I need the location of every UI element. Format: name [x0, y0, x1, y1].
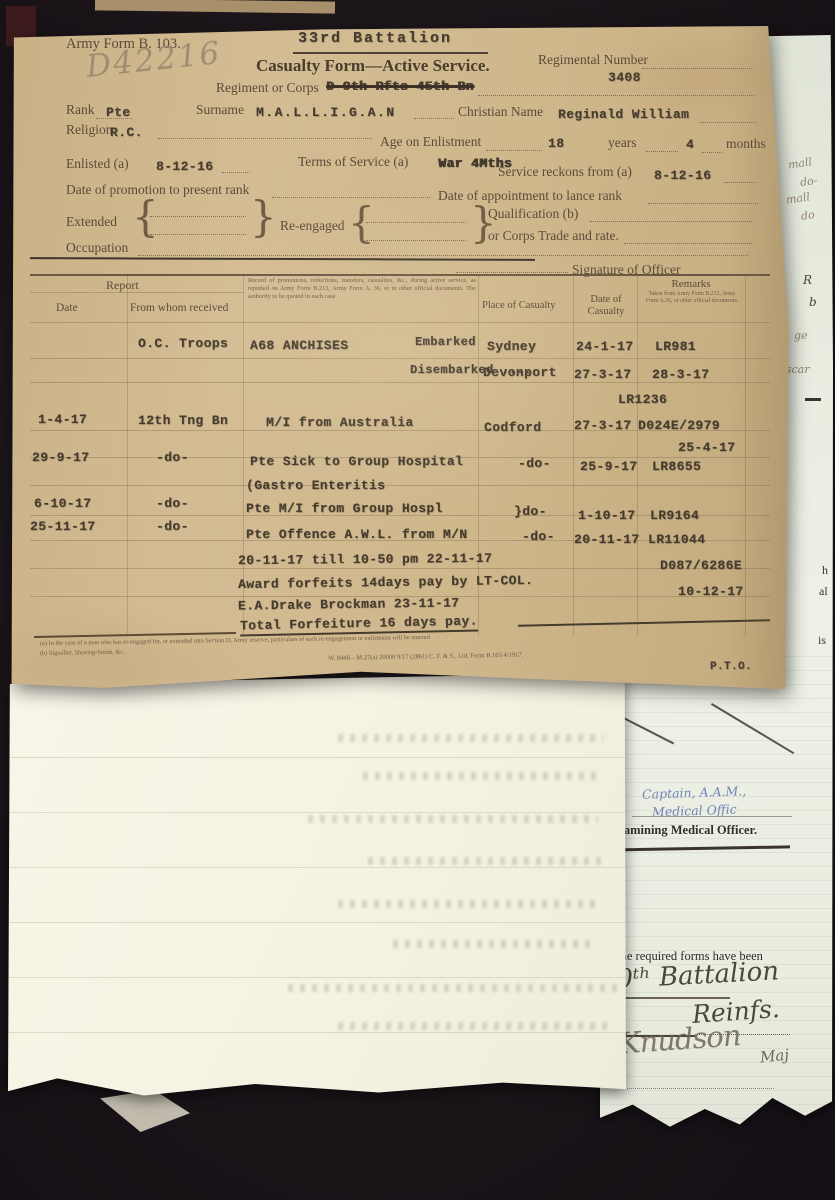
faint-rule — [8, 757, 626, 758]
entry-remark: LR9164 — [650, 508, 699, 523]
edge-fragment: al — [819, 584, 828, 599]
regimental-number-value: 3408 — [608, 70, 641, 85]
pto-label: P.T.O. — [710, 661, 752, 673]
edge-dash-mark — [805, 398, 821, 401]
entry-remark2: 25-4-17 — [678, 440, 735, 455]
leader — [590, 219, 752, 222]
bottom-torn-scrap — [100, 1090, 190, 1132]
regiment-value: D-9th-Rfts-45th-Bn — [326, 79, 474, 94]
edge-fragment: R — [803, 273, 812, 287]
column-line — [637, 274, 638, 636]
entry-place: }do- — [514, 504, 547, 519]
voyage-disembark-ref: 28-3-17 — [652, 367, 709, 382]
christian-name-label: Christian Name — [458, 104, 543, 120]
margin-note: do- — [799, 174, 818, 189]
edge-fragment: is — [818, 633, 826, 648]
row-line — [30, 485, 770, 486]
leader — [700, 120, 756, 123]
faint-rule — [8, 867, 626, 868]
col-place-header: Place of Casualty — [482, 300, 555, 311]
entry-date: 29-9-17 — [32, 450, 89, 465]
report-header: Report — [106, 278, 139, 293]
leader — [150, 214, 246, 217]
blank-white-page — [8, 672, 626, 1102]
table-header-rule — [30, 322, 770, 323]
entry-remark: 10-12-17 — [678, 584, 744, 599]
leader — [724, 180, 756, 183]
ng-line — [624, 1087, 774, 1089]
heavy-divider — [30, 257, 535, 261]
table-top-rule — [30, 274, 770, 276]
reengaged-label: Re-engaged — [280, 218, 344, 234]
bleedthrough-text — [308, 815, 598, 823]
entry-record: Pte Offence A.W.L. from M/N — [246, 527, 467, 542]
bleedthrough-text — [393, 940, 593, 948]
rank-label: Rank — [66, 102, 95, 118]
reckons-value: 8-12-16 — [654, 168, 711, 183]
bleedthrough-text — [363, 772, 603, 780]
age-label: Age on Enlistment — [380, 134, 481, 150]
enlisted-label: Enlisted (a) — [66, 156, 129, 172]
margin-note: do — [800, 208, 815, 223]
leader — [414, 116, 454, 119]
officer-signature-label: Signature of Officer — [572, 262, 680, 278]
leader — [478, 93, 754, 96]
age-years-value: 18 — [548, 136, 564, 151]
entry-remark: LR11044 — [648, 532, 705, 547]
col-remarks-subheader: Taken from Army Form B.213, Army Form A.… — [642, 291, 742, 304]
report-rule — [30, 292, 244, 293]
leader — [158, 136, 372, 139]
bleedthrough-text — [368, 857, 603, 865]
leader — [702, 150, 722, 153]
entry-casualty-date: 20-11-17 — [574, 532, 640, 547]
voyage-ship: A68 ANCHISES — [250, 338, 348, 353]
voyage-embark-place: Sydney — [487, 339, 536, 354]
entry-from: -do- — [156, 450, 189, 465]
rank-value: Pte — [106, 105, 131, 120]
entry-date: 6-10-17 — [34, 496, 91, 511]
voyage-disembark-date: 27-3-17 — [574, 367, 631, 382]
entry-record2: (Gastro Enteritis — [246, 478, 385, 493]
battalion-heading: 33rd Battalion — [298, 30, 452, 47]
leader — [366, 238, 466, 241]
months-label: months — [726, 136, 766, 152]
bleedthrough-text — [338, 1022, 608, 1030]
entry-record: Pte Sick to Group Hospital — [250, 454, 463, 469]
surname-label: Surname — [196, 102, 244, 118]
top-paper-sliver — [95, 0, 335, 14]
signature-suffix: Maj — [759, 1046, 790, 1067]
faint-rule — [8, 1032, 626, 1033]
entry-record: M/I from Australia — [266, 415, 414, 430]
battalion-underline — [293, 52, 488, 54]
leader — [150, 232, 246, 235]
row-line — [30, 568, 770, 569]
age-months-value: 4 — [686, 137, 694, 152]
entry-date: 1-4-17 — [38, 412, 87, 427]
regimental-number-label: Regimental Number — [538, 52, 648, 68]
entry-record: Pte M/I from Group Hospl — [246, 501, 443, 516]
voyage-disembark-place: Devonport — [483, 365, 557, 380]
brace-glyph: } — [250, 196, 277, 238]
entry-place: Codford — [484, 420, 541, 435]
total-forfeiture-line: Total Forfeiture 16 days pay. — [240, 614, 478, 637]
col-date-header: Date — [56, 302, 78, 314]
entry-place: -do- — [522, 529, 555, 544]
leader — [456, 270, 568, 273]
leader — [486, 148, 542, 151]
scan-stage: mall do- mall do R b ge scar h al is Tw … — [0, 0, 835, 1200]
entry-record: Award forfeits 14days pay by LT-COL. — [238, 573, 533, 592]
religion-label: Religion — [66, 122, 113, 138]
faint-rule — [8, 812, 626, 813]
occupation-label: Occupation — [66, 240, 128, 256]
terms-label: Terms of Service (a) — [298, 154, 408, 170]
leader — [366, 220, 466, 223]
leader — [222, 170, 250, 173]
row-line — [30, 358, 770, 359]
leader — [648, 201, 758, 204]
entry-from: 12th Tng Bn — [138, 413, 228, 428]
leader — [646, 149, 678, 152]
corps-trade-label: or Corps Trade and rate. — [488, 228, 619, 244]
entry-remark: D024E/2979 — [638, 418, 720, 433]
entry-remark2: D087/6286E — [660, 558, 742, 573]
page-ruling — [600, 643, 833, 1140]
row-line — [30, 382, 770, 383]
army-form-b103: Army Form B. 103. D42216 33rd Battalion … — [10, 24, 790, 696]
column-line — [127, 274, 128, 636]
footnote-b: (b) Signaller, Shoeing-Smith, &c. — [40, 649, 125, 657]
col-remarks-header: Remarks — [638, 278, 744, 291]
edge-fragment: ge — [794, 329, 808, 342]
entry-record2: E.A.Drake Brockman 23-11-17 — [238, 595, 460, 613]
entry-remark: LR8655 — [652, 459, 701, 474]
col-date-casualty-header: Date of Casualty — [578, 294, 634, 318]
column-line — [745, 274, 746, 636]
col-record-header: Record of promotions, reductions, transf… — [248, 277, 476, 302]
surname-value: M.A.L.L.I.G.A.N — [256, 105, 396, 120]
examining-officer-line: f Examining Medical Officer. — [602, 823, 757, 838]
voyage-extra-ref: LR1236 — [618, 392, 667, 407]
edge-fragment: scar — [786, 363, 810, 376]
total-tail-rule — [518, 619, 770, 626]
years-label: years — [608, 135, 636, 151]
edge-fragment: h — [822, 563, 828, 578]
extended-label: Extended — [66, 214, 117, 230]
voyage-embark-ref: LR981 — [655, 339, 696, 354]
religion-value: R.C. — [110, 125, 143, 140]
margin-note: mall — [787, 155, 813, 171]
signature-line — [632, 816, 792, 817]
bleedthrough-text — [338, 734, 603, 742]
entry-casualty-date: 25-9-17 — [580, 459, 637, 474]
entry-record2: 20-11-17 till 10-50 pm 22-11-17 — [238, 551, 492, 568]
voyage-embark-date: 24-1-17 — [576, 339, 633, 354]
column-line — [573, 274, 574, 636]
enlisted-value: 8-12-16 — [156, 159, 213, 174]
col-from-header: From whom received — [130, 302, 228, 314]
reckons-label: Service reckons from (a) — [498, 164, 632, 180]
faint-rule — [8, 977, 626, 978]
faint-rule — [8, 922, 626, 923]
voyage-from: O.C. Troops — [138, 336, 228, 351]
entry-casualty-date: 27-3-17 — [574, 418, 631, 433]
regiment-label: Regiment or Corps — [216, 80, 319, 96]
voyage-embarked-label: Embarked — [415, 335, 476, 349]
entry-casualty-date: 1-10-17 — [578, 508, 635, 523]
printer-imprint: W. 8448—M.27(a) 20000 9/17 (2861) C. F. … — [328, 652, 523, 662]
leader — [624, 241, 752, 244]
leader — [138, 253, 748, 256]
form-title: Casualty Form—Active Service. — [256, 56, 490, 76]
bleedthrough-text — [338, 900, 600, 908]
qualification-label: Qualification (b) — [488, 206, 578, 222]
leader — [642, 66, 752, 69]
christian-name-value: Reginald William — [558, 107, 689, 122]
lance-label: Date of appointment to lance rank — [438, 188, 622, 204]
edge-fragment: b — [809, 295, 817, 309]
margin-note: mall — [785, 190, 811, 206]
bleedthrough-text — [288, 984, 618, 992]
entry-from: -do- — [156, 496, 189, 511]
entry-from: -do- — [156, 519, 189, 534]
entry-place: -do- — [518, 456, 551, 471]
entry-date: 25-11-17 — [30, 519, 96, 534]
